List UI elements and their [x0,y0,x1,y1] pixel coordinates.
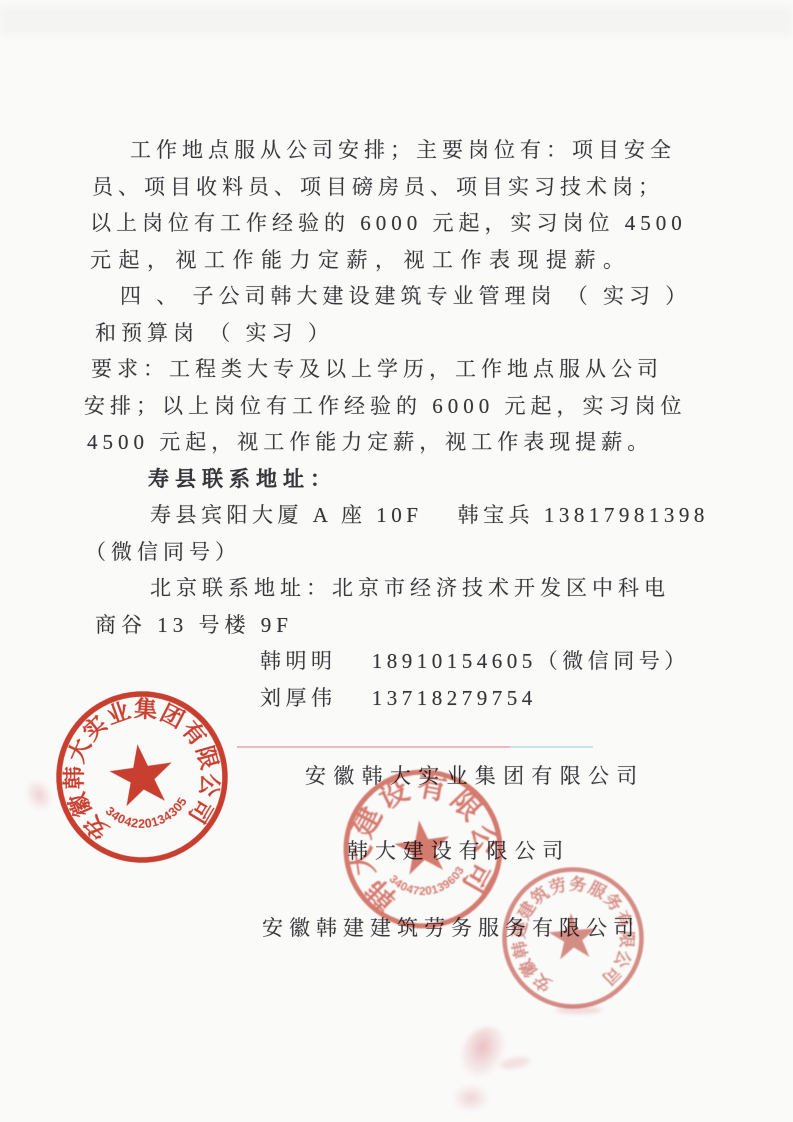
doc-line-13-beijing-address: 北京联系地址：北京市经济技术开发区中科电 [84,570,753,607]
doc-line-11-shouxian-address: 寿县宾阳大厦 A 座 10F 韩宝兵 13817981398 [84,497,753,534]
doc-line-5-section-four-heading: 四 、 子公司韩大建设建筑专业管理岗 （ 实习 ） [84,278,753,315]
doc-line-4: 元起，视工作能力定薪，视工作表现提薪。 [84,242,753,279]
document-text-block: 工作地点服从公司安排；主要岗位有：项目安全 员、项目收料员、项目磅房员、项目实习… [84,132,753,716]
seal-star-icon [392,816,454,876]
doc-line-15-contact-phone-1: 韩明明 18910154605（微信同号） [84,643,753,680]
doc-line-3: 以上岗位有工作经验的 6000 元起，实习岗位 4500 [84,205,753,242]
ink-smudge [452,1084,490,1112]
doc-line-10-shouxian-contact-heading: 寿县联系地址： [84,461,753,498]
doc-line-14: 商谷 13 号楼 9F [84,607,753,644]
ink-smudge [456,1021,511,1084]
doc-line-7-requirements: 要求：工程类大专及以上学历，工作地点服从公司 [84,351,753,388]
scanned-document-page: 工作地点服从公司安排；主要岗位有：项目安全 员、项目收料员、项目磅房员、项目实习… [0,0,793,1122]
scan-artifact-line [237,746,593,748]
seal-graphic: 安徽韩大实业集团有限公司 3404220134305 [43,678,242,877]
doc-line-1: 工作地点服从公司安排；主要岗位有：项目安全 [84,132,753,169]
doc-line-8: 安排；以上岗位有工作经验的 6000 元起，实习岗位 [84,388,753,425]
seal-registration-number: 3404220134305 [102,793,194,836]
scan-noise-band [0,6,793,36]
seal-star-icon [106,740,176,808]
doc-line-6: 和预算岗 （ 实习 ） [84,315,753,352]
doc-line-9: 4500 元起，视工作能力定薪，视工作表现提薪。 [84,424,753,461]
doc-line-2: 员、项目收料员、项目磅房员、项目实习技术岗； [84,169,753,206]
doc-line-12: （微信同号） [84,534,753,571]
seal-graphic: 韩大建设有限公司 3404720139603 [330,756,515,941]
company-seal-labor-service: 安徽韩建建筑劳务服务有限公司 [494,859,652,1017]
ink-smudge [499,1055,530,1070]
seal-star-icon [547,911,598,960]
company-seal-construction: 韩大建设有限公司 3404720139603 [330,756,515,941]
artifact-line-pink-segment [237,746,510,748]
artifact-line-cyan-segment [510,746,593,748]
svg-text:3404220134305: 3404220134305 [102,793,194,836]
seal-graphic: 安徽韩建建筑劳务服务有限公司 [494,859,652,1017]
company-seal-group: 安徽韩大实业集团有限公司 3404220134305 [43,678,242,877]
